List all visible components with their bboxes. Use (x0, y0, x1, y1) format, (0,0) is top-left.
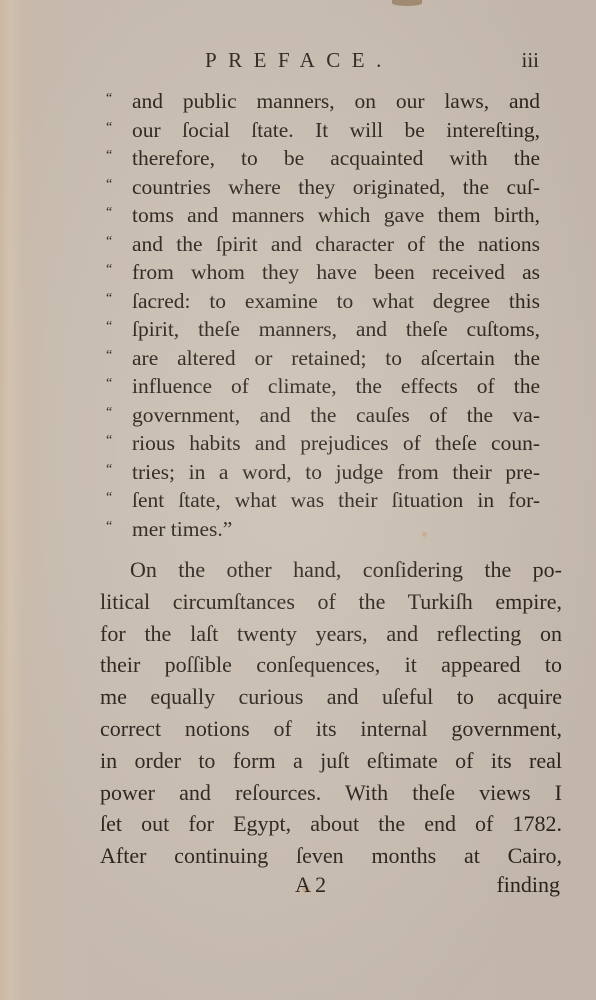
quoted-line: “ſpirit, theſe manners, and theſe cuſtom… (100, 315, 540, 344)
line-text: ſent ſtate, what was their ſituation in … (132, 486, 540, 515)
catchword: finding (496, 872, 560, 898)
quote-mark: “ (106, 342, 126, 371)
paragraph-line: for the laſt twenty years, and reflectin… (100, 618, 562, 650)
quote-mark: “ (106, 228, 126, 257)
line-text: mer times.” (132, 515, 540, 544)
quoted-line: “therefore, to be acquainted with the (100, 144, 540, 173)
line-text: therefore, to be acquainted with the (132, 144, 540, 173)
paper-stain (392, 0, 422, 6)
line-text: and public manners, on our laws, and (132, 87, 540, 116)
page-footer: A 2 finding (100, 872, 562, 902)
quote-mark: “ (106, 142, 126, 171)
quote-mark: “ (106, 313, 126, 342)
paragraph-line: After continuing ſeven months at Cairo, (100, 840, 562, 872)
quote-mark: “ (106, 85, 126, 114)
paragraph-line: their poſſible conſequences, it appeared… (100, 649, 562, 681)
quoted-line: “mer times.” (100, 515, 540, 544)
quoted-line: “and the ſpirit and character of the nat… (100, 230, 540, 259)
line-text: influence of climate, the effects of the (132, 372, 540, 401)
running-head: PREFACE. iii (205, 48, 545, 74)
page-number: iii (521, 48, 539, 73)
paragraph-line: litical circumſtances of the Turkiſh emp… (100, 586, 562, 618)
line-text: our ſocial ſtate. It will be intereſting… (132, 116, 540, 145)
line-text: toms and manners which gave them birth, (132, 201, 540, 230)
quote-mark: “ (106, 513, 126, 542)
quoted-line: “ſacred: to examine to what degree this (100, 287, 540, 316)
quoted-line: “rious habits and prejudices of theſe co… (100, 429, 540, 458)
paragraph-line: in order to form a juſt eſtimate of its … (100, 745, 562, 777)
quote-mark: “ (106, 370, 126, 399)
quote-mark: “ (106, 399, 126, 428)
quote-mark: “ (106, 484, 126, 513)
body-paragraph: On the other hand, conſidering the po- l… (100, 554, 562, 872)
quote-mark: “ (106, 285, 126, 314)
quote-mark: “ (106, 427, 126, 456)
paragraph-line: correct notions of its internal governme… (100, 713, 562, 745)
quote-mark: “ (106, 171, 126, 200)
quoted-line: “and public manners, on our laws, and (100, 87, 540, 116)
book-page: PREFACE. iii “and public manners, on our… (0, 0, 596, 1000)
line-text: ſacred: to examine to what degree this (132, 287, 540, 316)
quoted-line: “are altered or retained; to aſcertain t… (100, 344, 540, 373)
quoted-line: “countries where they originated, the cu… (100, 173, 540, 202)
quoted-passage: “and public manners, on our laws, and “o… (100, 87, 540, 543)
paragraph-line: power and reſources. With theſe views I (100, 777, 562, 809)
line-text: and the ſpirit and character of the nati… (132, 230, 540, 259)
paragraph-line: On the other hand, conſidering the po- (100, 554, 562, 586)
running-head-title: PREFACE. (205, 48, 393, 73)
line-text: government, and the cauſes of the va- (132, 401, 540, 430)
line-text: ſpirit, theſe manners, and theſe cuſtoms… (132, 315, 540, 344)
line-text: tries; in a word, to judge from their pr… (132, 458, 540, 487)
line-text: rious habits and prejudices of theſe cou… (132, 429, 540, 458)
quoted-line: “influence of climate, the effects of th… (100, 372, 540, 401)
paragraph-line: ſet out for Egypt, about the end of 1782… (100, 808, 562, 840)
quoted-line: “ſent ſtate, what was their ſituation in… (100, 486, 540, 515)
line-text: are altered or retained; to aſcertain th… (132, 344, 540, 373)
quote-mark: “ (106, 114, 126, 143)
quote-mark: “ (106, 456, 126, 485)
quoted-line: “government, and the cauſes of the va- (100, 401, 540, 430)
quoted-line: “tries; in a word, to judge from their p… (100, 458, 540, 487)
line-text: from whom they have been received as (132, 258, 540, 287)
quote-mark: “ (106, 199, 126, 228)
quoted-line: “from whom they have been received as (100, 258, 540, 287)
paragraph-line: me equally curious and uſeful to acquire (100, 681, 562, 713)
quoted-line: “toms and manners which gave them birth, (100, 201, 540, 230)
line-text: countries where they originated, the cuſ… (132, 173, 540, 202)
quoted-line: “our ſocial ſtate. It will be intereſtin… (100, 116, 540, 145)
signature-mark: A 2 (295, 872, 326, 898)
quote-mark: “ (106, 256, 126, 285)
